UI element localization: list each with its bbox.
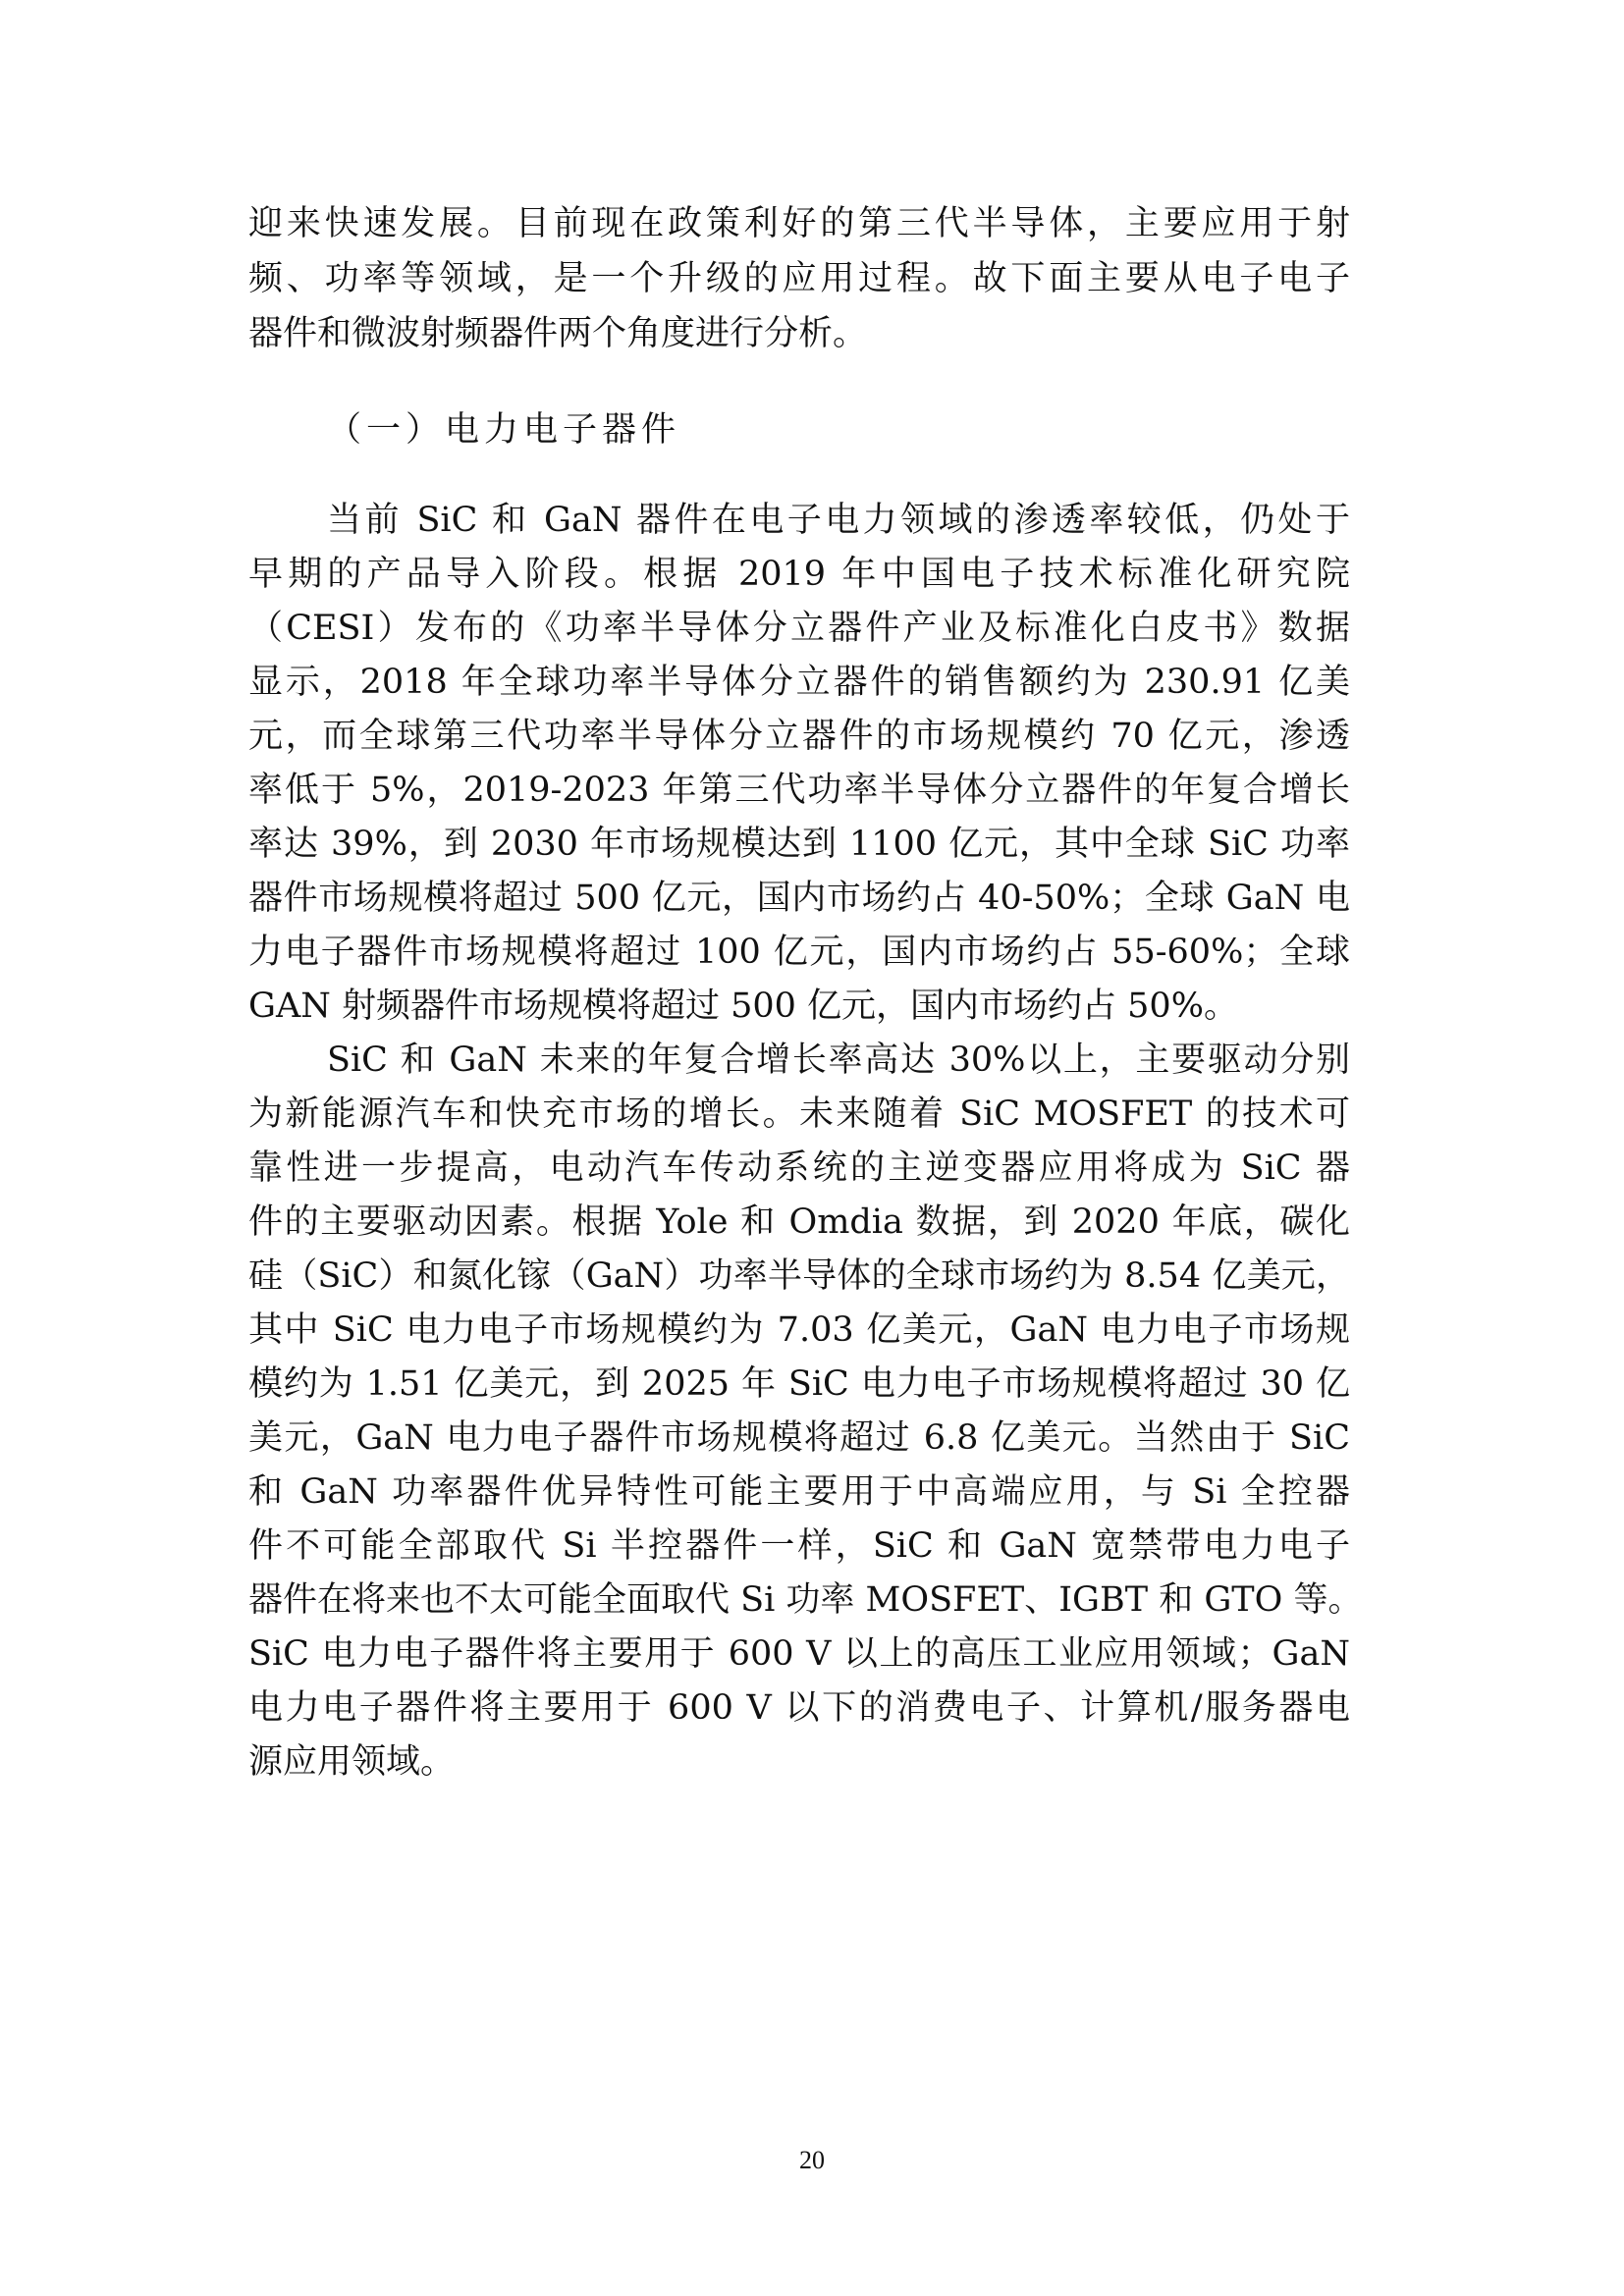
text-line: GAN 射频器件市场规模将超过 500 亿元，国内市场约占 50%。	[248, 979, 1350, 1034]
section-heading: （一）电力电子器件	[327, 402, 680, 457]
text-line: 为新能源汽车和快充市场的增长。未来随着 SiC MOSFET 的技术可	[248, 1087, 1350, 1142]
text-line: 靠性进一步提高，电动汽车传动系统的主逆变器应用将成为 SiC 器	[248, 1141, 1350, 1196]
text-line: 美元，GaN 电力电子器件市场规模将超过 6.8 亿美元。当然由于 SiC	[248, 1411, 1350, 1466]
text-line: 件的主要驱动因素。根据 Yole 和 Omdia 数据，到 2020 年底，碳化	[248, 1195, 1350, 1250]
text-line: 早期的产品导入阶段。根据 2019 年中国电子技术标准化研究院	[248, 547, 1350, 602]
text-line: 力电子器件市场规模将超过 100 亿元，国内市场约占 55-60%；全球	[248, 925, 1350, 980]
text-line: 频、功率等领域，是一个升级的应用过程。故下面主要从电子电子	[248, 251, 1350, 306]
text-line: 源应用领域。	[248, 1735, 1350, 1789]
text-line: 模约为 1.51 亿美元，到 2025 年 SiC 电力电子市场规模将超过 30…	[248, 1357, 1350, 1412]
text-line: SiC 和 GaN 未来的年复合增长率高达 30%以上，主要驱动分别	[327, 1033, 1350, 1088]
text-line: 器件和微波射频器件两个角度进行分析。	[248, 306, 1350, 361]
text-line: 器件在将来也不太可能全面取代 Si 功率 MOSFET、IGBT 和 GTO 等…	[248, 1573, 1350, 1628]
text-line: 率低于 5%，2019-2023 年第三代功率半导体分立器件的年复合增长	[248, 763, 1350, 818]
document-page: 迎来快速发展。目前现在政策利好的第三代半导体，主要应用于射 频、功率等领域，是一…	[0, 0, 1624, 2296]
text-line: 率达 39%，到 2030 年市场规模达到 1100 亿元，其中全球 SiC 功…	[248, 817, 1350, 872]
text-line: 器件市场规模将超过 500 亿元，国内市场约占 40-50%；全球 GaN 电	[248, 871, 1350, 926]
text-line: 其中 SiC 电力电子市场规模约为 7.03 亿美元，GaN 电力电子市场规	[248, 1303, 1350, 1358]
text-line: （CESI）发布的《功率半导体分立器件产业及标准化白皮书》数据	[248, 601, 1350, 656]
text-line: SiC 电力电子器件将主要用于 600 V 以上的高压工业应用领域；GaN	[248, 1627, 1350, 1682]
text-line: 和 GaN 功率器件优异特性可能主要用于中高端应用，与 Si 全控器	[248, 1465, 1350, 1520]
text-line: 硅（SiC）和氮化镓（GaN）功率半导体的全球市场约为 8.54 亿美元，	[248, 1249, 1350, 1304]
text-line: 电力电子器件将主要用于 600 V 以下的消费电子、计算机/服务器电	[248, 1681, 1350, 1735]
text-line: 当前 SiC 和 GaN 器件在电子电力领域的渗透率较低，仍处于	[327, 493, 1350, 548]
text-line: 显示，2018 年全球功率半导体分立器件的销售额约为 230.91 亿美	[248, 655, 1350, 710]
text-line: 件不可能全部取代 Si 半控器件一样，SiC 和 GaN 宽禁带电力电子	[248, 1519, 1350, 1574]
text-line: 迎来快速发展。目前现在政策利好的第三代半导体，主要应用于射	[248, 196, 1350, 251]
page-number: 20	[0, 2146, 1624, 2175]
text-line: 元，而全球第三代功率半导体分立器件的市场规模约 70 亿元，渗透	[248, 709, 1350, 764]
